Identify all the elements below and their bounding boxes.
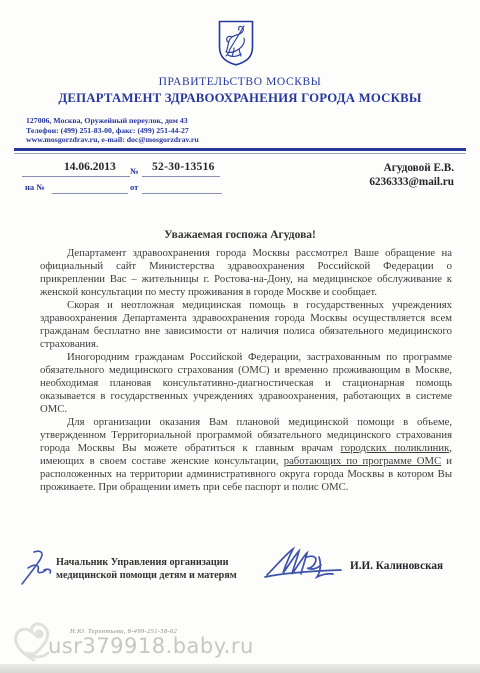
- watermark-text: usr379918.baby.ru: [48, 634, 254, 658]
- body-paragraph: Скорая и неотложная медицинская помощь в…: [40, 299, 452, 351]
- letter-number: 52-30-13516: [152, 161, 215, 173]
- recipient-email: 6236333@mail.ru: [369, 176, 454, 190]
- department-title: ДЕПАРТАМЕНТ ЗДРАВООХРАНЕНИЯ ГОРОДА МОСКВ…: [0, 91, 480, 106]
- blank-line: [142, 193, 222, 194]
- margin-signature-mark-icon: [14, 546, 60, 588]
- blank-line: [142, 176, 220, 177]
- body-paragraph: Для организации оказания Вам плановой ме…: [40, 416, 452, 494]
- recipient-block: Агудовой Е.В. 6236333@mail.ru: [369, 162, 454, 189]
- recipient-name: Агудовой Е.В.: [369, 162, 454, 176]
- scan-edge-strip: [0, 664, 480, 673]
- salutation: Уважаемая госпожа Агудова!: [0, 229, 480, 241]
- signer-name: И.И. Калиновская: [350, 560, 443, 572]
- address-line: www.mosgorzdrav.ru, e-mail: doc@mosgorzd…: [26, 135, 199, 145]
- blank-line: [52, 193, 128, 194]
- scanned-letter-page: ПРАВИТЕЛЬСТВО МОСКВЫ ДЕПАРТАМЕНТ ЗДРАВОО…: [0, 0, 480, 673]
- body-paragraph: Иногородним гражданам Российской Федерац…: [40, 351, 452, 416]
- number-sign: №: [130, 166, 139, 176]
- reply-to-label: на №: [25, 182, 45, 192]
- signer-title: Начальник Управления организации медицин…: [56, 556, 266, 582]
- letterhead-divider: [14, 148, 466, 151]
- signer-title-line: медицинской помощи детям и матерям: [56, 569, 266, 582]
- letterhead-address: 127006, Москва, Оружейный переулок, дом …: [26, 116, 199, 145]
- body-paragraph: Департамент здравоохранения города Москв…: [40, 247, 452, 299]
- address-line: Телефон: (499) 251-83-00, факс: (499) 25…: [26, 126, 199, 136]
- body-paragraphs: Департамент здравоохранения города Москв…: [40, 247, 452, 494]
- moscow-coat-of-arms-icon: [217, 19, 255, 67]
- signer-title-line: Начальник Управления организации: [56, 556, 266, 569]
- address-line: 127006, Москва, Оружейный переулок, дом …: [26, 116, 199, 126]
- blank-line: [22, 176, 130, 177]
- autograph-signature-icon: [263, 543, 345, 587]
- government-title: ПРАВИТЕЛЬСТВО МОСКВЫ: [0, 76, 480, 88]
- from-label: от: [130, 182, 138, 192]
- letter-date: 14.06.2013: [64, 161, 116, 173]
